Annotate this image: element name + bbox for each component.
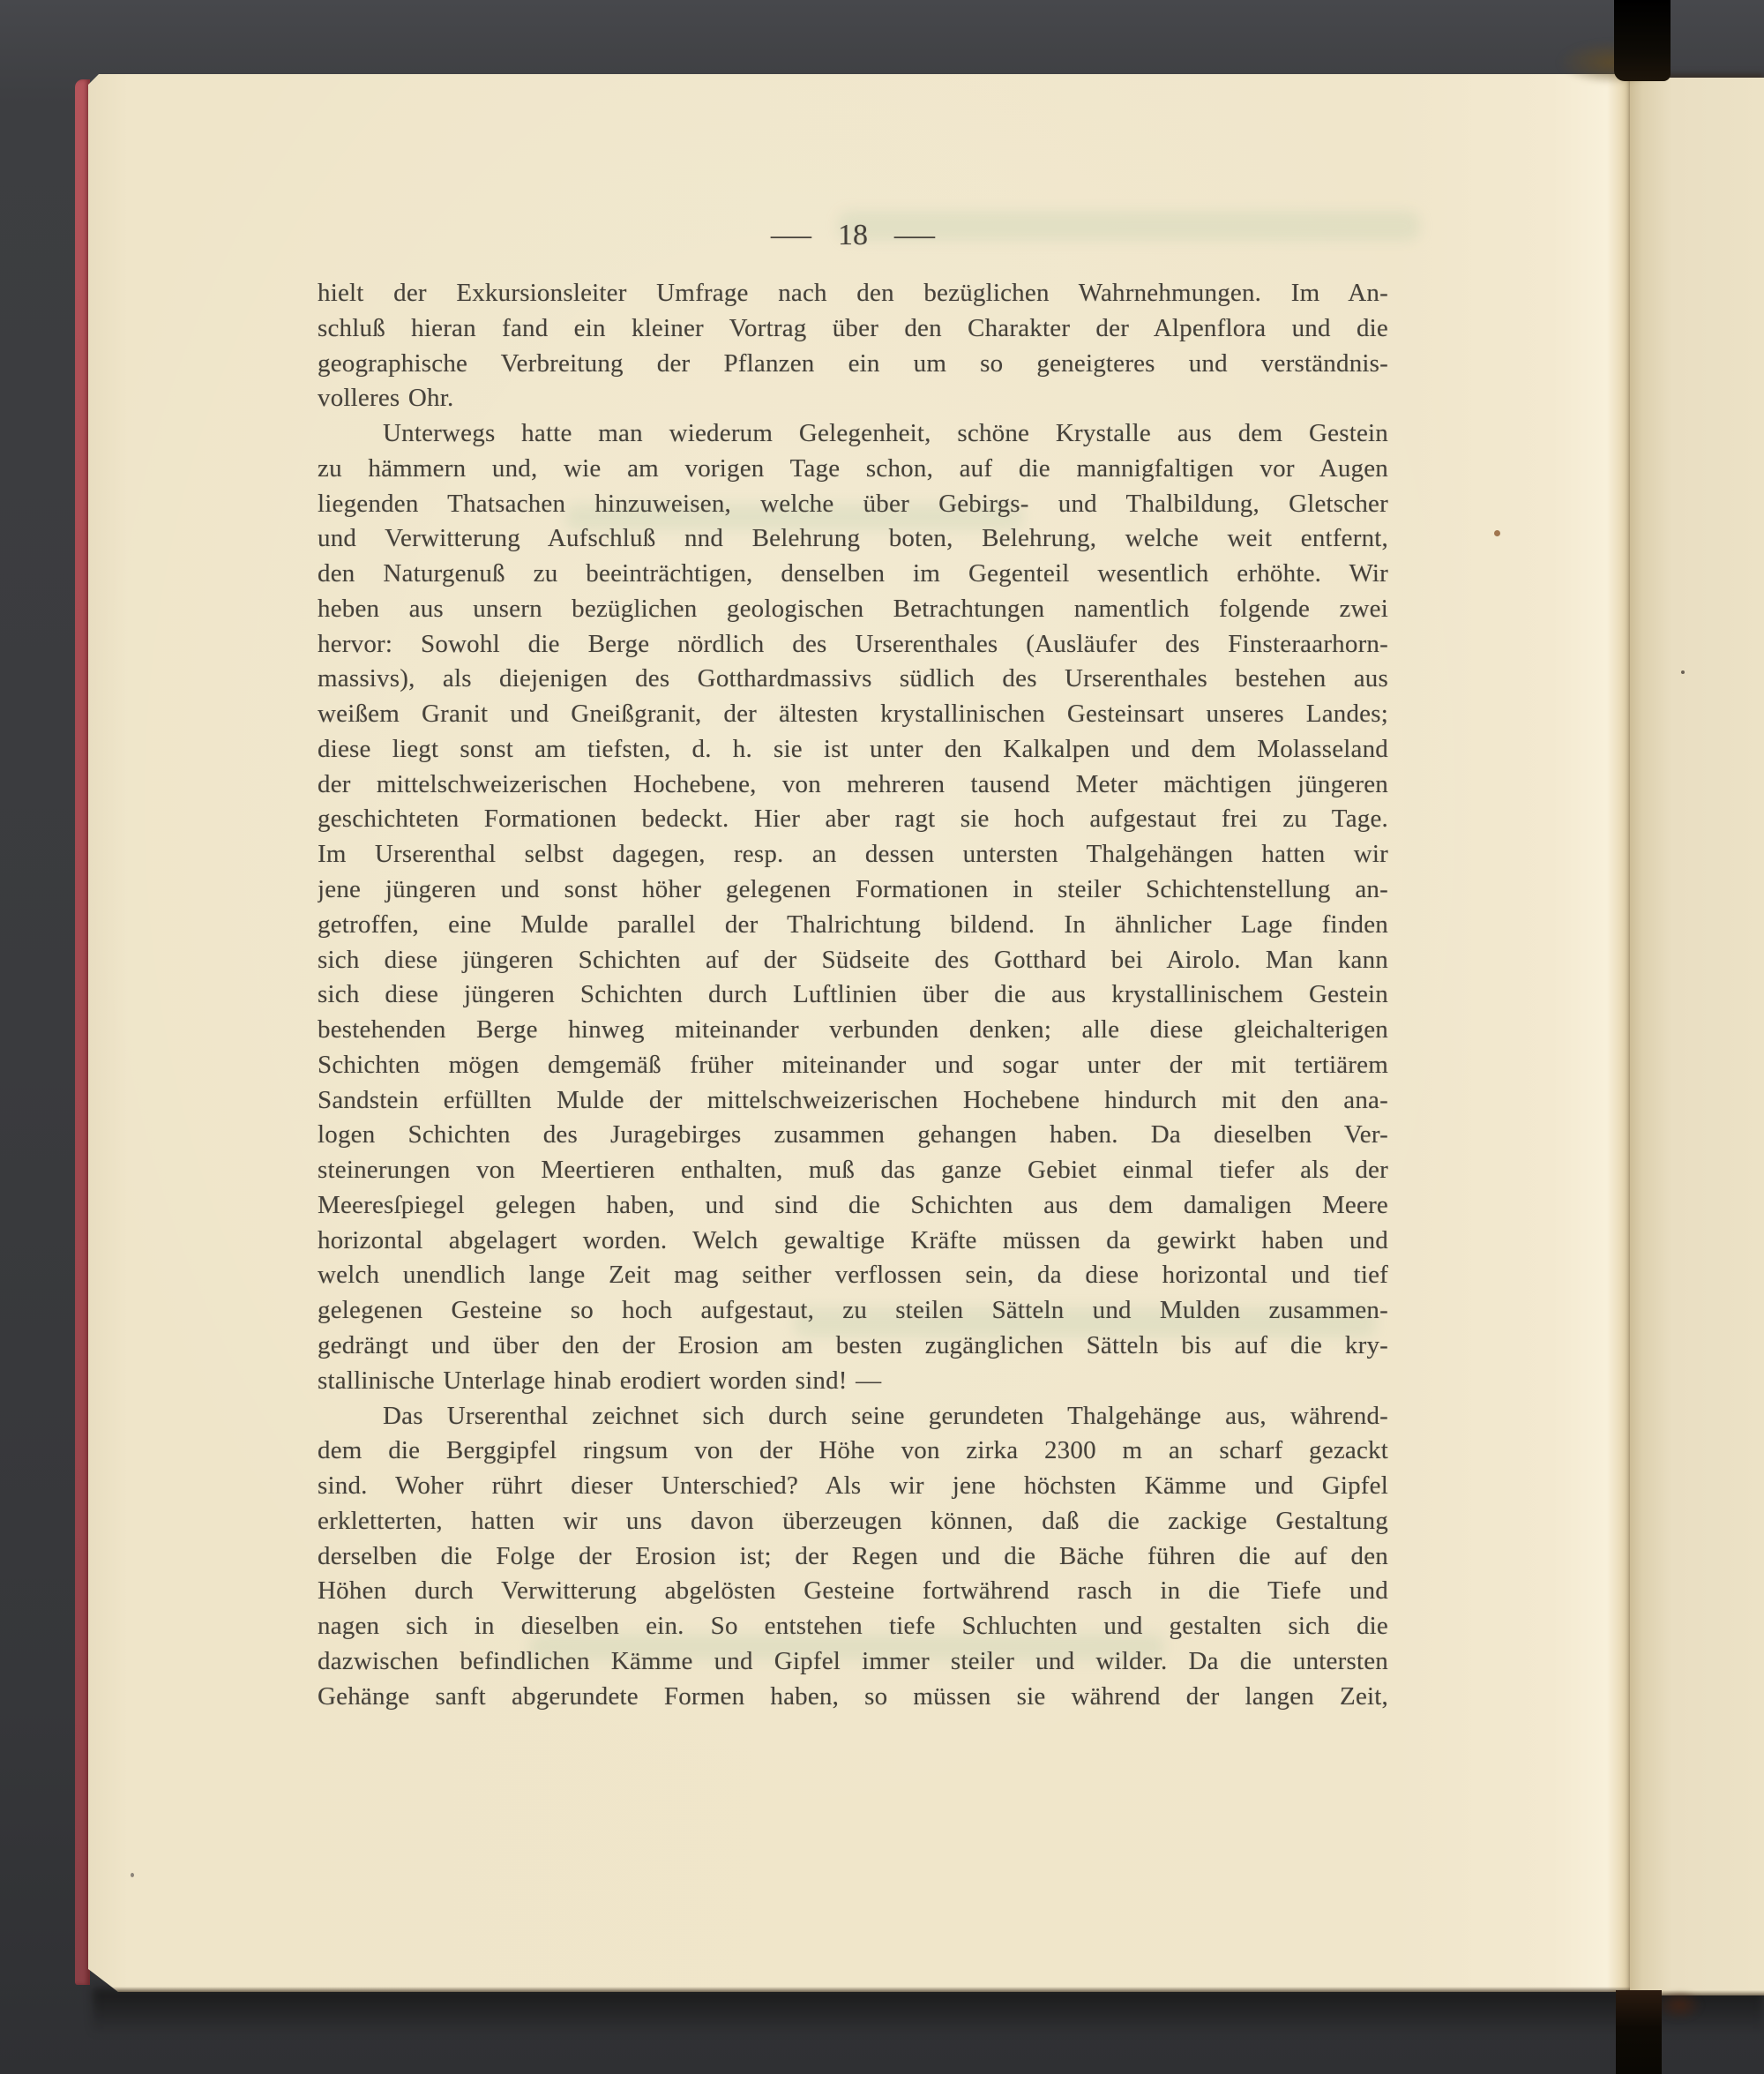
book-page: — 18 — hielt der Exkursionsleiter Umfrag… bbox=[88, 74, 1630, 1992]
paragraph-3: Das Urserenthal zeichnet sich durch sein… bbox=[318, 1399, 1388, 1715]
paragraph-2: Unterwegs hatte man wiederum Gelegenheit… bbox=[318, 416, 1388, 1398]
text-line: volleres Ohr. bbox=[318, 381, 1388, 416]
text-line: Sandstein erfüllten Mulde der mittelschw… bbox=[318, 1083, 1388, 1119]
text-line: geschichteten Formationen bedeckt. Hier … bbox=[318, 802, 1388, 837]
text-line: jene jüngeren und sonst höher gelegenen … bbox=[318, 872, 1388, 908]
text-line: horizontal abgelagert worden. Welch gewa… bbox=[318, 1224, 1388, 1259]
paragraph-1: hielt der Exkursionsleiter Umfrage nach … bbox=[318, 276, 1388, 416]
page-number: 18 bbox=[838, 219, 868, 252]
text-line: steinerungen von Meertieren enthalten, m… bbox=[318, 1153, 1388, 1188]
text-line: dazwischen befindlichen Kämme und Gipfel… bbox=[318, 1644, 1388, 1680]
scanned-book-spread: — 18 — hielt der Exkursionsleiter Umfrag… bbox=[0, 0, 1764, 2074]
ink-speck bbox=[1494, 530, 1500, 536]
text-line: Das Urserenthal zeichnet sich durch sein… bbox=[318, 1399, 1388, 1434]
text-line: sich diese jüngeren Schichten auf der Sü… bbox=[318, 943, 1388, 978]
text-line: gedrängt und über den der Erosion am bes… bbox=[318, 1329, 1388, 1364]
ink-speck bbox=[1681, 670, 1685, 674]
red-fore-edge bbox=[75, 79, 90, 1985]
spine-headband bbox=[1614, 0, 1671, 81]
page-drop-shadow bbox=[93, 1988, 1764, 2034]
spine-tailband-smudge bbox=[1656, 1990, 1702, 2020]
text-line: bestehenden Berge hinweg miteinander ver… bbox=[318, 1013, 1388, 1048]
text-line: der mittelschweizerischen Hochebene, von… bbox=[318, 767, 1388, 803]
text-line: stallinische Unterlage hinab erodiert wo… bbox=[318, 1364, 1388, 1399]
spine-tailband bbox=[1616, 1990, 1662, 2074]
text-line: gelegenen Gesteine so hoch aufgestaut, z… bbox=[318, 1293, 1388, 1329]
text-line: massivs), als diejenigen des Gotthardmas… bbox=[318, 662, 1388, 697]
text-line: Unterwegs hatte man wiederum Gelegenheit… bbox=[318, 416, 1388, 452]
text-line: den Naturgenuß zu beeinträchtigen, dense… bbox=[318, 557, 1388, 592]
text-line: hielt der Exkursionsleiter Umfrage nach … bbox=[318, 276, 1388, 311]
page-number-dash-left: — bbox=[771, 219, 811, 252]
text-line: erkletterten, hatten wir uns davon überz… bbox=[318, 1504, 1388, 1539]
page-number-dash-right: — bbox=[894, 219, 935, 252]
text-line: Gehänge sanft abgerundete Formen haben, … bbox=[318, 1680, 1388, 1715]
text-line: logen Schichten des Juragebirges zusamme… bbox=[318, 1118, 1388, 1153]
text-line: liegenden Thatsachen hinzuweisen, welche… bbox=[318, 487, 1388, 522]
body-text: hielt der Exkursionsleiter Umfrage nach … bbox=[318, 276, 1388, 1714]
text-line: welch unendlich lange Zeit mag seither v… bbox=[318, 1258, 1388, 1293]
ink-speck bbox=[131, 1873, 134, 1877]
text-line: nagen sich in dieselben ein. So entstehe… bbox=[318, 1609, 1388, 1644]
text-line: sich diese jüngeren Schichten durch Luft… bbox=[318, 977, 1388, 1013]
text-line: zu hämmern und, wie am vorigen Tage scho… bbox=[318, 452, 1388, 487]
text-line: sind. Woher rührt dieser Unterschied? Al… bbox=[318, 1469, 1388, 1504]
text-line: Im Urserenthal selbst dagegen, resp. an … bbox=[318, 837, 1388, 872]
text-line: dem die Berggipfel ringsum von der Höhe … bbox=[318, 1434, 1388, 1469]
text-line: Meeresſpiegel gelegen haben, und sind di… bbox=[318, 1188, 1388, 1224]
text-line: getroffen, eine Mulde parallel der Thalr… bbox=[318, 908, 1388, 943]
text-line: hervor: Sowohl die Berge nördlich des Ur… bbox=[318, 627, 1388, 663]
text-line: Schichten mögen demgemäß früher miteinan… bbox=[318, 1048, 1388, 1083]
text-line: und Verwitterung Aufschluß nnd Belehrung… bbox=[318, 521, 1388, 557]
text-line: Höhen durch Verwitterung abgelösten Gest… bbox=[318, 1574, 1388, 1609]
text-line: geographische Verbreitung der Pflanzen e… bbox=[318, 347, 1388, 382]
facing-page-sliver bbox=[1630, 78, 1764, 1995]
page-number-header: — 18 — bbox=[318, 215, 1388, 256]
text-line: schluß hieran fand ein kleiner Vortrag ü… bbox=[318, 311, 1388, 347]
text-line: diese liegt sonst am tiefsten, d. h. sie… bbox=[318, 732, 1388, 767]
text-line: weißem Granit und Gneißgranit, der ältes… bbox=[318, 697, 1388, 732]
text-line: heben aus unsern bezüglichen geologische… bbox=[318, 592, 1388, 627]
text-line: derselben die Folge der Erosion ist; der… bbox=[318, 1539, 1388, 1575]
